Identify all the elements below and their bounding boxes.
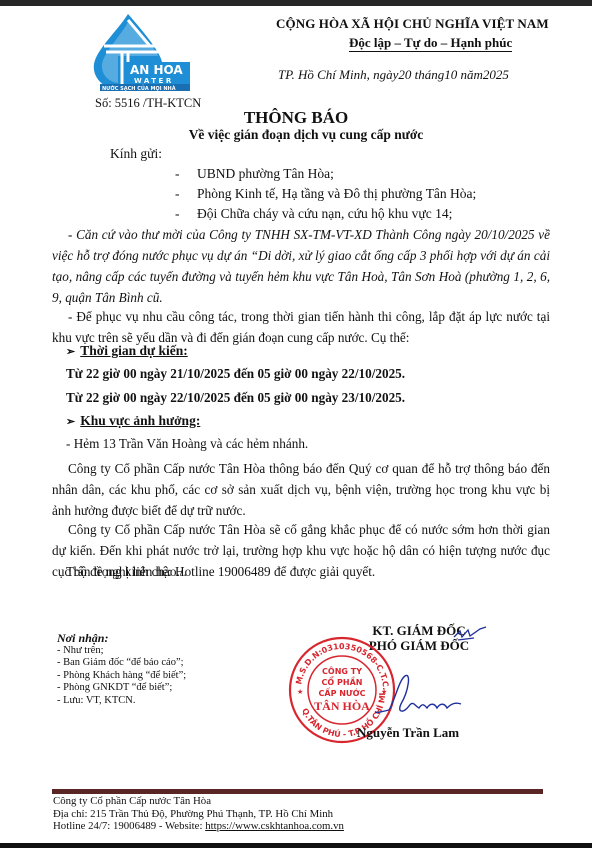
national-header: CỘNG HÒA XÃ HỘI CHỦ NGHĨA VIỆT NAM Độc l…: [270, 16, 582, 51]
body-paragraph-notice: Công ty Cổ phần Cấp nước Tân Hòa thông b…: [52, 458, 550, 521]
receiver-item: - Ban Giám đốc “để báo cáo”;: [57, 657, 186, 670]
closing-line: Trân trọng kính chào./.: [66, 564, 187, 580]
initial-mark-icon: [450, 625, 490, 645]
body-paragraph-basis: - Căn cứ vào thư mời của Công ty TNHH SX…: [52, 224, 550, 308]
receiver-item: - Như trên;: [57, 645, 186, 658]
document-date: TP. Hồ Chí Minh, ngày20 tháng10 năm2025: [278, 67, 509, 83]
arrow-bullet-icon: ➢: [66, 416, 75, 428]
svg-text:AN HOA: AN HOA: [130, 63, 183, 77]
schedule-line: Từ 22 giờ 00 ngày 21/10/2025 đến 05 giờ …: [66, 366, 405, 382]
page-title: THÔNG BÁO: [0, 108, 592, 128]
arrow-bullet-icon: ➢: [66, 346, 75, 358]
svg-text:★: ★: [297, 688, 303, 696]
company-logo: AN HOA WATER NƯỚC SẠCH CỦA MỌI NHÀ: [88, 12, 198, 92]
footer-rule: [52, 789, 543, 794]
svg-text:TÂN HÒA: TÂN HÒA: [314, 699, 370, 713]
greeting: Kính gửi:: [110, 146, 162, 162]
svg-text:CỔ PHẦN: CỔ PHẦN: [322, 675, 363, 687]
body-paragraph-purpose: - Để phục vụ nhu cầu công tác, trong thờ…: [52, 306, 550, 348]
receivers-heading: Nơi nhận:: [57, 632, 186, 645]
nation-name: CỘNG HÒA XÃ HỘI CHỦ NGHĨA VIỆT NAM: [270, 16, 582, 32]
recipient-item: -Đội Chữa cháy và cứu nạn, cứu hộ khu vự…: [175, 206, 452, 222]
schedule-line: Từ 22 giờ 00 ngày 22/10/2025 đến 05 giờ …: [66, 390, 405, 406]
footer-address: Địa chỉ: 215 Trần Thủ Độ, Phường Phú Thạ…: [53, 808, 543, 821]
affected-area-item: - Hẻm 13 Trần Văn Hoàng và các hẻm nhánh…: [66, 436, 308, 452]
footer-contact: Hotline 24/7: 19006489 - Website: https:…: [53, 820, 543, 833]
signer-name: Nguyễn Trần Lam: [357, 725, 459, 741]
svg-text:CÔNG TY: CÔNG TY: [322, 665, 362, 676]
water-drop-icon: AN HOA WATER NƯỚC SẠCH CỦA MỌI NHÀ: [88, 12, 198, 92]
receivers-list: Nơi nhận: - Như trên; - Ban Giám đốc “để…: [57, 632, 186, 707]
receiver-item: - Phòng Khách hàng “để biết”;: [57, 670, 186, 683]
footer-company: Công ty Cổ phần Cấp nước Tân Hòa: [53, 795, 543, 808]
viewer-top-bar: [0, 0, 592, 6]
svg-text:CẤP NƯỚC: CẤP NƯỚC: [319, 686, 366, 698]
svg-text:NƯỚC SẠCH CỦA MỌI NHÀ: NƯỚC SẠCH CỦA MỌI NHÀ: [102, 84, 176, 92]
letterhead-footer: Công ty Cổ phần Cấp nước Tân Hòa Địa chỉ…: [52, 789, 543, 833]
viewer-bottom-bar: [0, 843, 592, 848]
page-subtitle: Về việc gián đoạn dịch vụ cung cấp nước: [0, 127, 592, 143]
section-heading-time: ➢Thời gian dự kiến:: [66, 343, 188, 359]
section-heading-area: ➢Khu vực ảnh hưởng:: [66, 413, 200, 429]
recipient-item: -UBND phường Tân Hòa;: [175, 166, 334, 182]
nation-motto: Độc lập – Tự do – Hạnh phúc: [270, 35, 582, 51]
receiver-item: - Lưu: VT, KTCN.: [57, 695, 186, 708]
website-link[interactable]: https://www.cskhtanhoa.com.vn: [205, 820, 344, 832]
recipient-item: -Phòng Kinh tế, Hạ tầng và Đô thị phường…: [175, 186, 476, 202]
svg-text:WATER: WATER: [134, 77, 174, 85]
handwritten-signature-icon: [375, 670, 485, 720]
receiver-item: - Phòng GNKDT “để biết”;: [57, 682, 186, 695]
